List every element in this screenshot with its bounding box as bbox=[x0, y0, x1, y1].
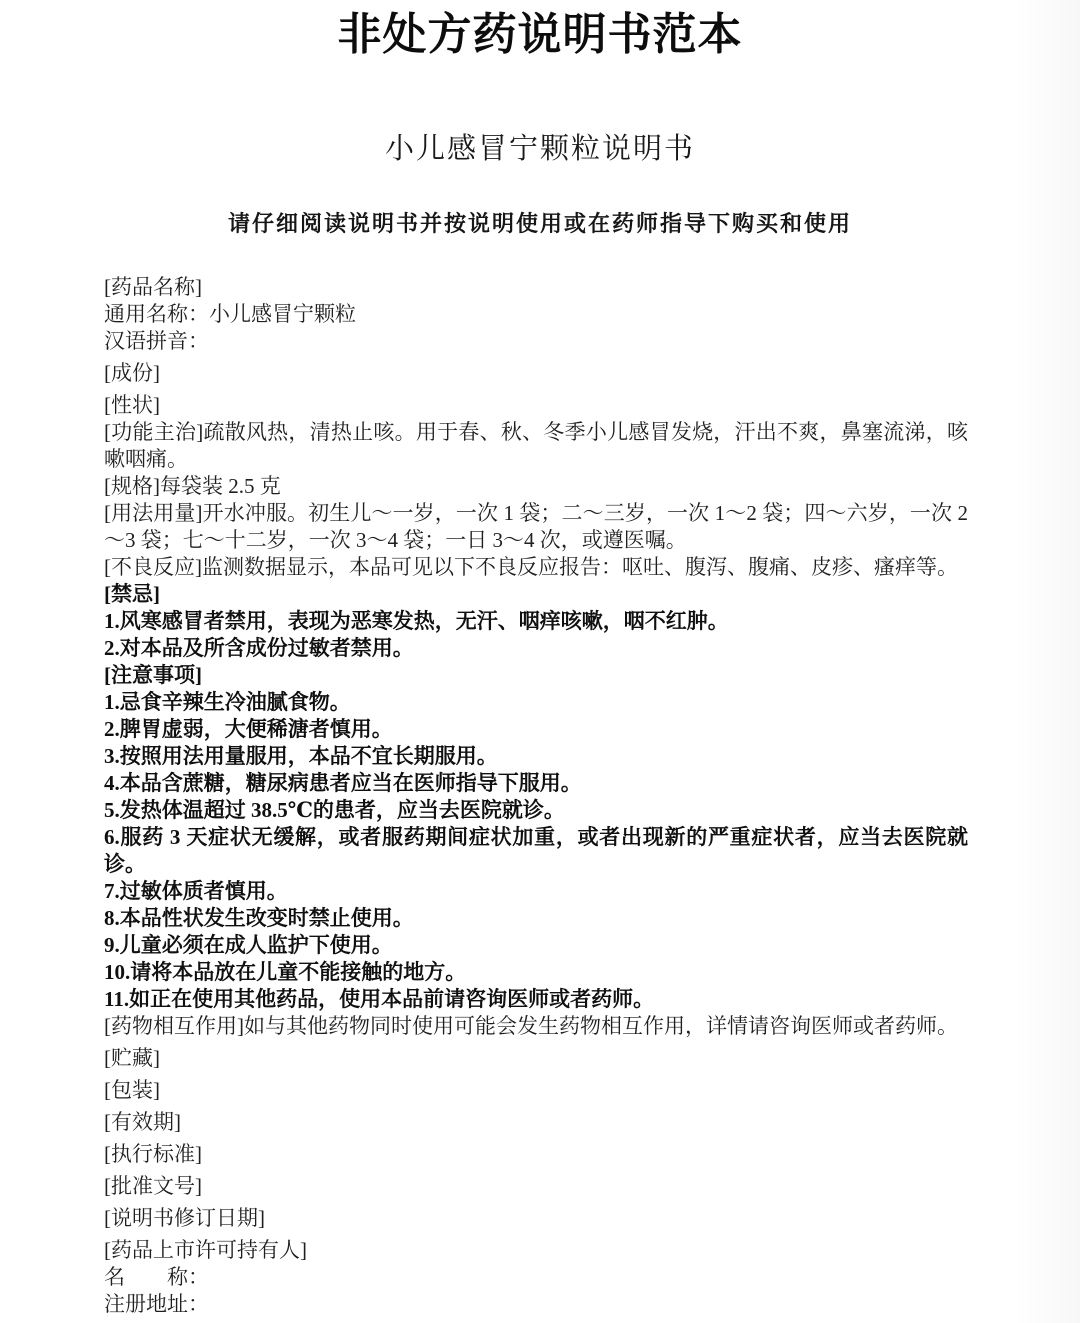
usage-notice: 请仔细阅读说明书并按说明使用或在药师指导下购买和使用 bbox=[0, 210, 1080, 238]
paragraph: [功能主治]疏散风热，清热止咳。用于春、秋、冬季小儿感冒发烧，汗出不爽，鼻塞流涕… bbox=[104, 419, 968, 473]
paragraph: [药品上市许可持有人] bbox=[104, 1237, 968, 1264]
paragraph: 通用名称：小儿感冒宁颗粒 bbox=[104, 301, 968, 328]
paragraph: 名 称： bbox=[104, 1264, 968, 1291]
paragraph: [药品名称] bbox=[104, 274, 968, 301]
paragraph: [禁忌] bbox=[104, 581, 968, 608]
paragraph: 4.本品含蔗糖，糖尿病患者应当在医师指导下服用。 bbox=[104, 770, 968, 797]
document-body: [药品名称]通用名称：小儿感冒宁颗粒汉语拼音：[成份][性状][功能主治]疏散风… bbox=[104, 274, 968, 1318]
paragraph: 汉语拼音： bbox=[104, 328, 968, 355]
document-page: 非处方药说明书范本 小儿感冒宁颗粒说明书 请仔细阅读说明书并按说明使用或在药师指… bbox=[0, 0, 1080, 1323]
paragraph: [包装] bbox=[104, 1077, 968, 1104]
paragraph: [有效期] bbox=[104, 1109, 968, 1136]
paragraph: 8.本品性状发生改变时禁止使用。 bbox=[104, 905, 968, 932]
paragraph: 9.儿童必须在成人监护下使用。 bbox=[104, 932, 968, 959]
paragraph: 2.脾胃虚弱，大便稀溏者慎用。 bbox=[104, 716, 968, 743]
paragraph: [注意事项] bbox=[104, 662, 968, 689]
paragraph: [药物相互作用]如与其他药物同时使用可能会发生药物相互作用，详情请咨询医师或者药… bbox=[104, 1013, 968, 1040]
paragraph: 注册地址： bbox=[104, 1291, 968, 1318]
paragraph: 1.忌食辛辣生冷油腻食物。 bbox=[104, 689, 968, 716]
paragraph: 10.请将本品放在儿童不能接触的地方。 bbox=[104, 959, 968, 986]
paragraph: [不良反应]监测数据显示，本品可见以下不良反应报告：呕吐、腹泻、腹痛、皮疹、瘙痒… bbox=[104, 554, 968, 581]
paragraph: 6.服药 3 天症状无缓解，或者服药期间症状加重，或者出现新的严重症状者，应当去… bbox=[104, 824, 968, 878]
paragraph: 2.对本品及所含成份过敏者禁用。 bbox=[104, 635, 968, 662]
document-title: 非处方药说明书范本 bbox=[0, 12, 1080, 58]
paragraph: [贮藏] bbox=[104, 1045, 968, 1072]
product-subtitle: 小儿感冒宁颗粒说明书 bbox=[0, 134, 1080, 164]
paragraph: [批准文号] bbox=[104, 1173, 968, 1200]
paragraph: 3.按照用法用量服用，本品不宜长期服用。 bbox=[104, 743, 968, 770]
paragraph: [规格]每袋装 2.5 克 bbox=[104, 473, 968, 500]
paragraph: [用法用量]开水冲服。初生儿～一岁，一次 1 袋；二～三岁，一次 1～2 袋；四… bbox=[104, 500, 968, 554]
paragraph: 1.风寒感冒者禁用，表现为恶寒发热，无汗、咽痒咳嗽，咽不红肿。 bbox=[104, 608, 968, 635]
paragraph: 5.发热体温超过 38.5℃的患者，应当去医院就诊。 bbox=[104, 797, 968, 824]
paragraph: 7.过敏体质者慎用。 bbox=[104, 878, 968, 905]
paragraph: [成份] bbox=[104, 360, 968, 387]
paragraph: [说明书修订日期] bbox=[104, 1205, 968, 1232]
paragraph: [执行标准] bbox=[104, 1141, 968, 1168]
paragraph: [性状] bbox=[104, 392, 968, 419]
paragraph: 11.如正在使用其他药品，使用本品前请咨询医师或者药师。 bbox=[104, 986, 968, 1013]
